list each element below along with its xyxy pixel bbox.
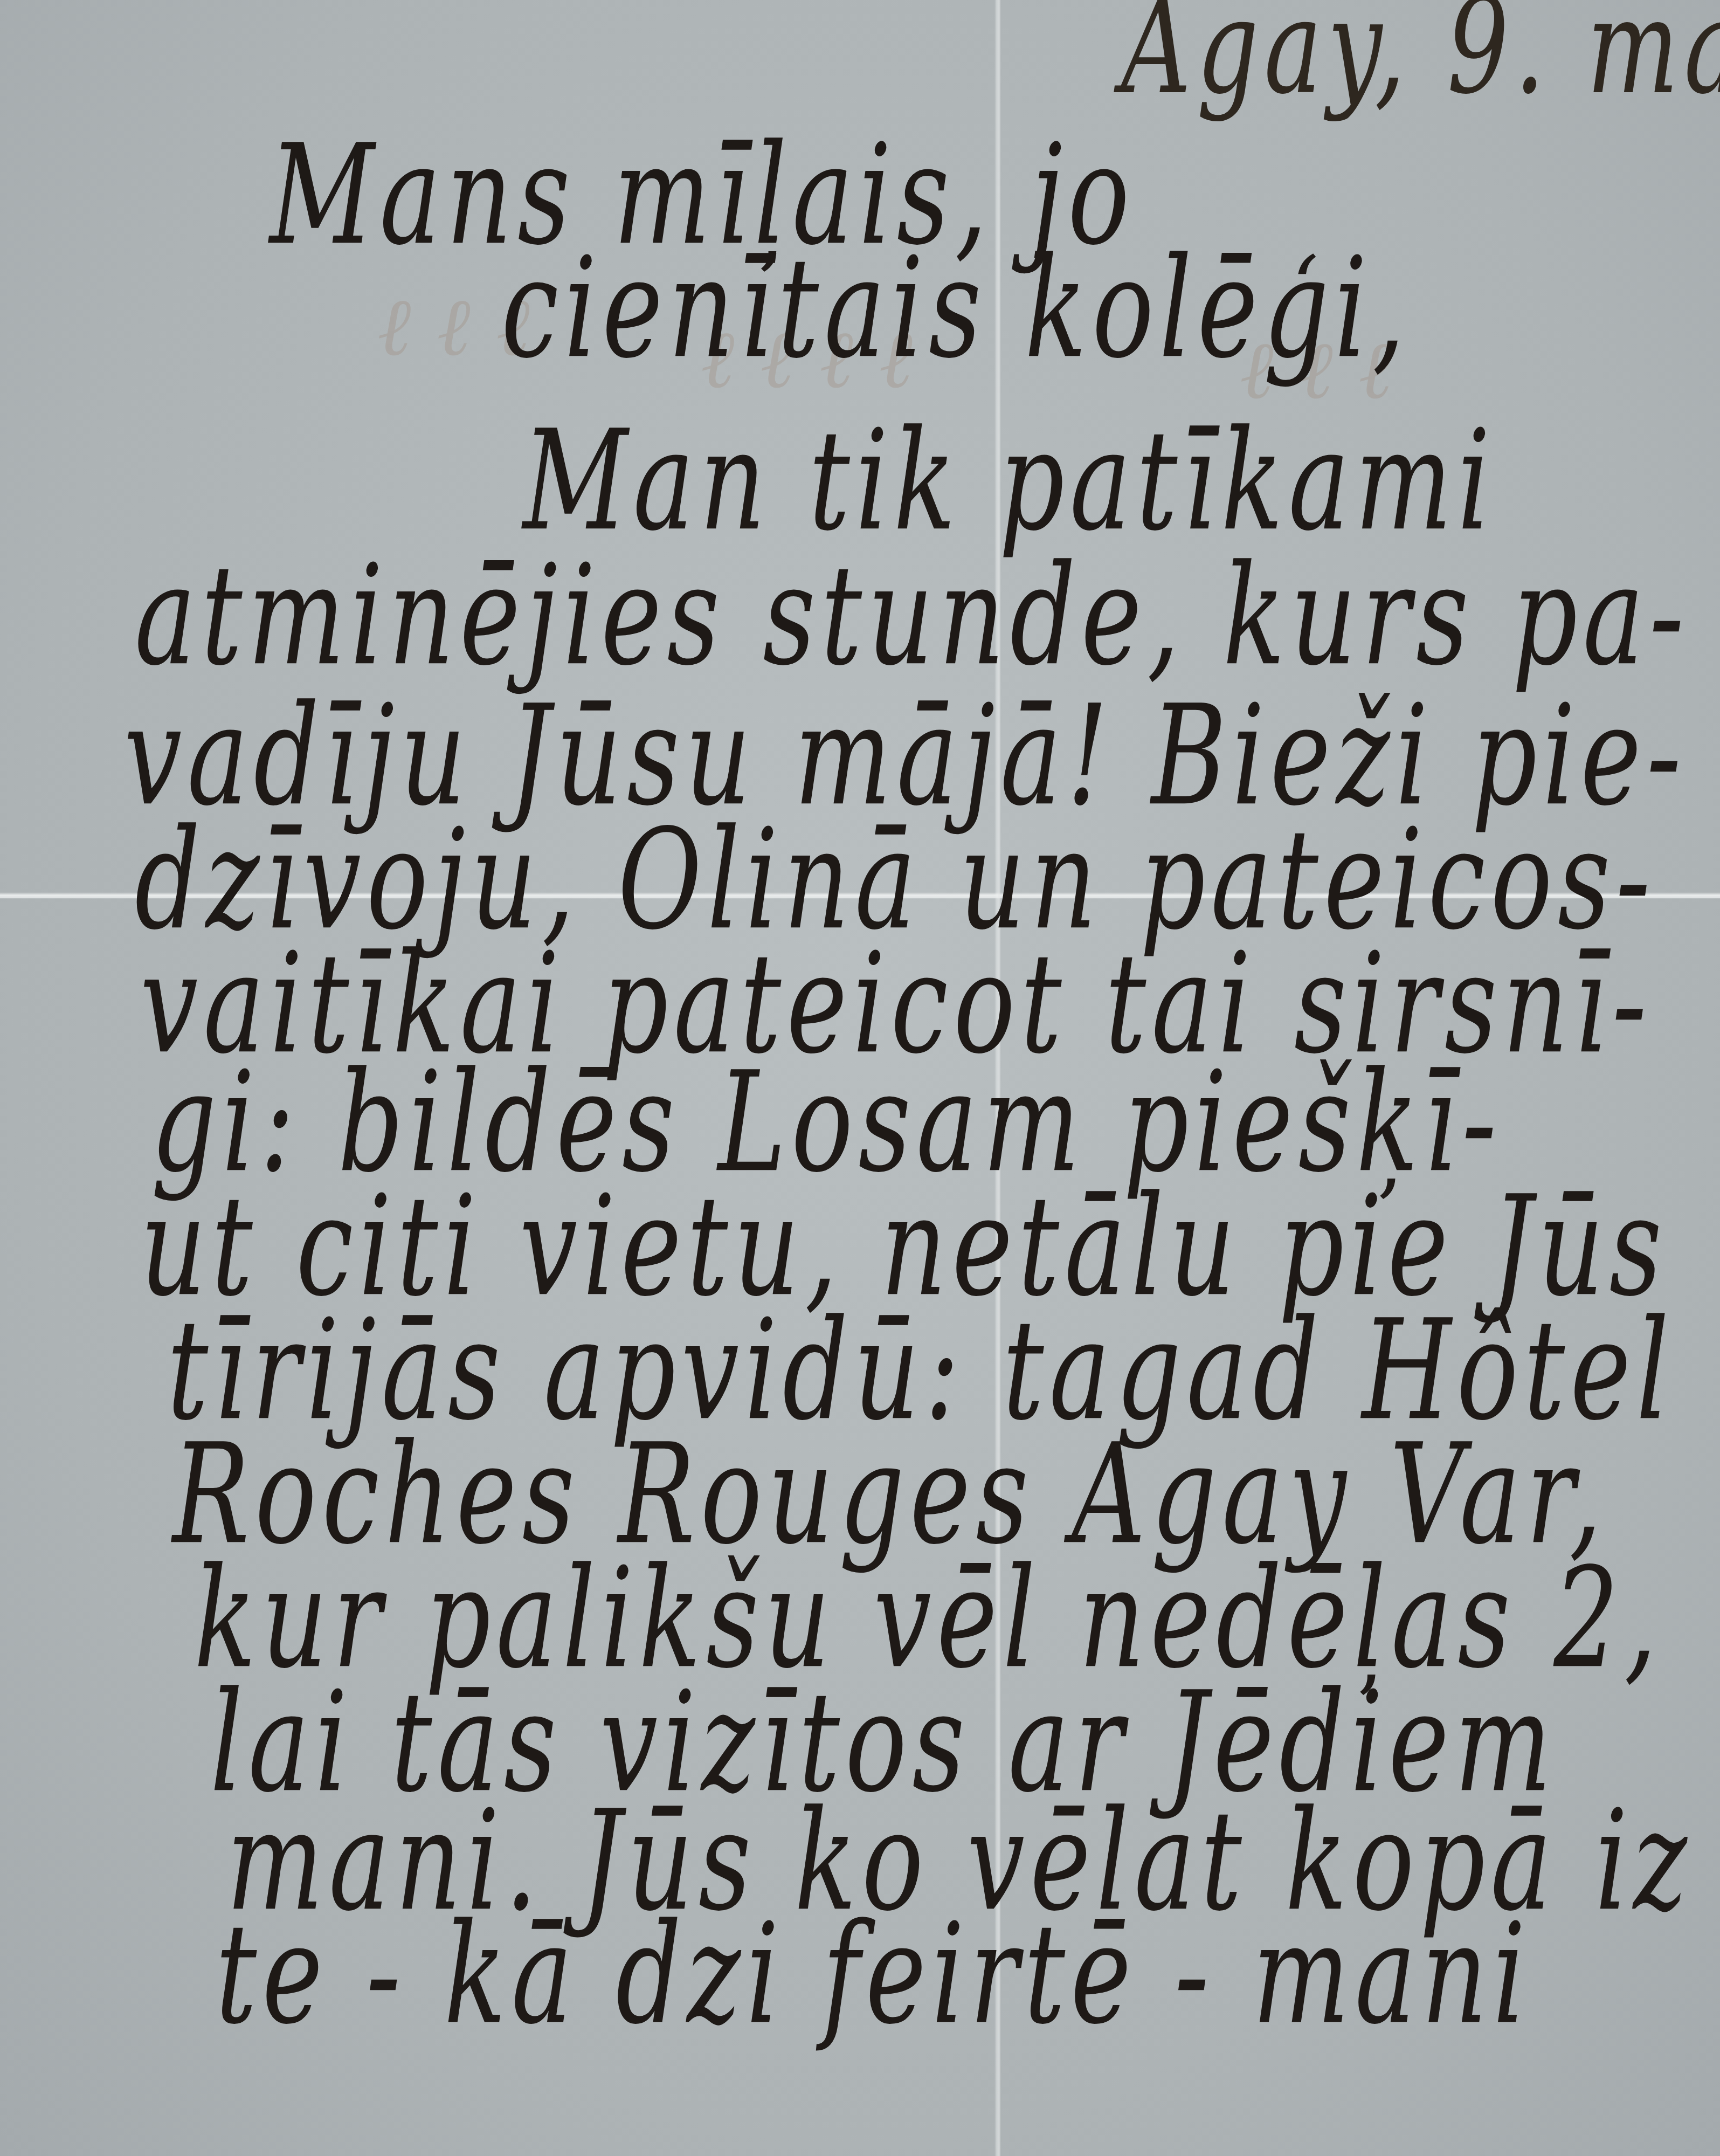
place-date: Agay, 9. maijā 6 (1121, 0, 1720, 123)
body-line: atminējies stunde, kurs pa- (135, 535, 1689, 696)
body-line: te - kā dzi feirtē - mani (216, 1894, 1531, 2055)
salutation-line-2: cienītais kolēģi, (501, 228, 1411, 389)
